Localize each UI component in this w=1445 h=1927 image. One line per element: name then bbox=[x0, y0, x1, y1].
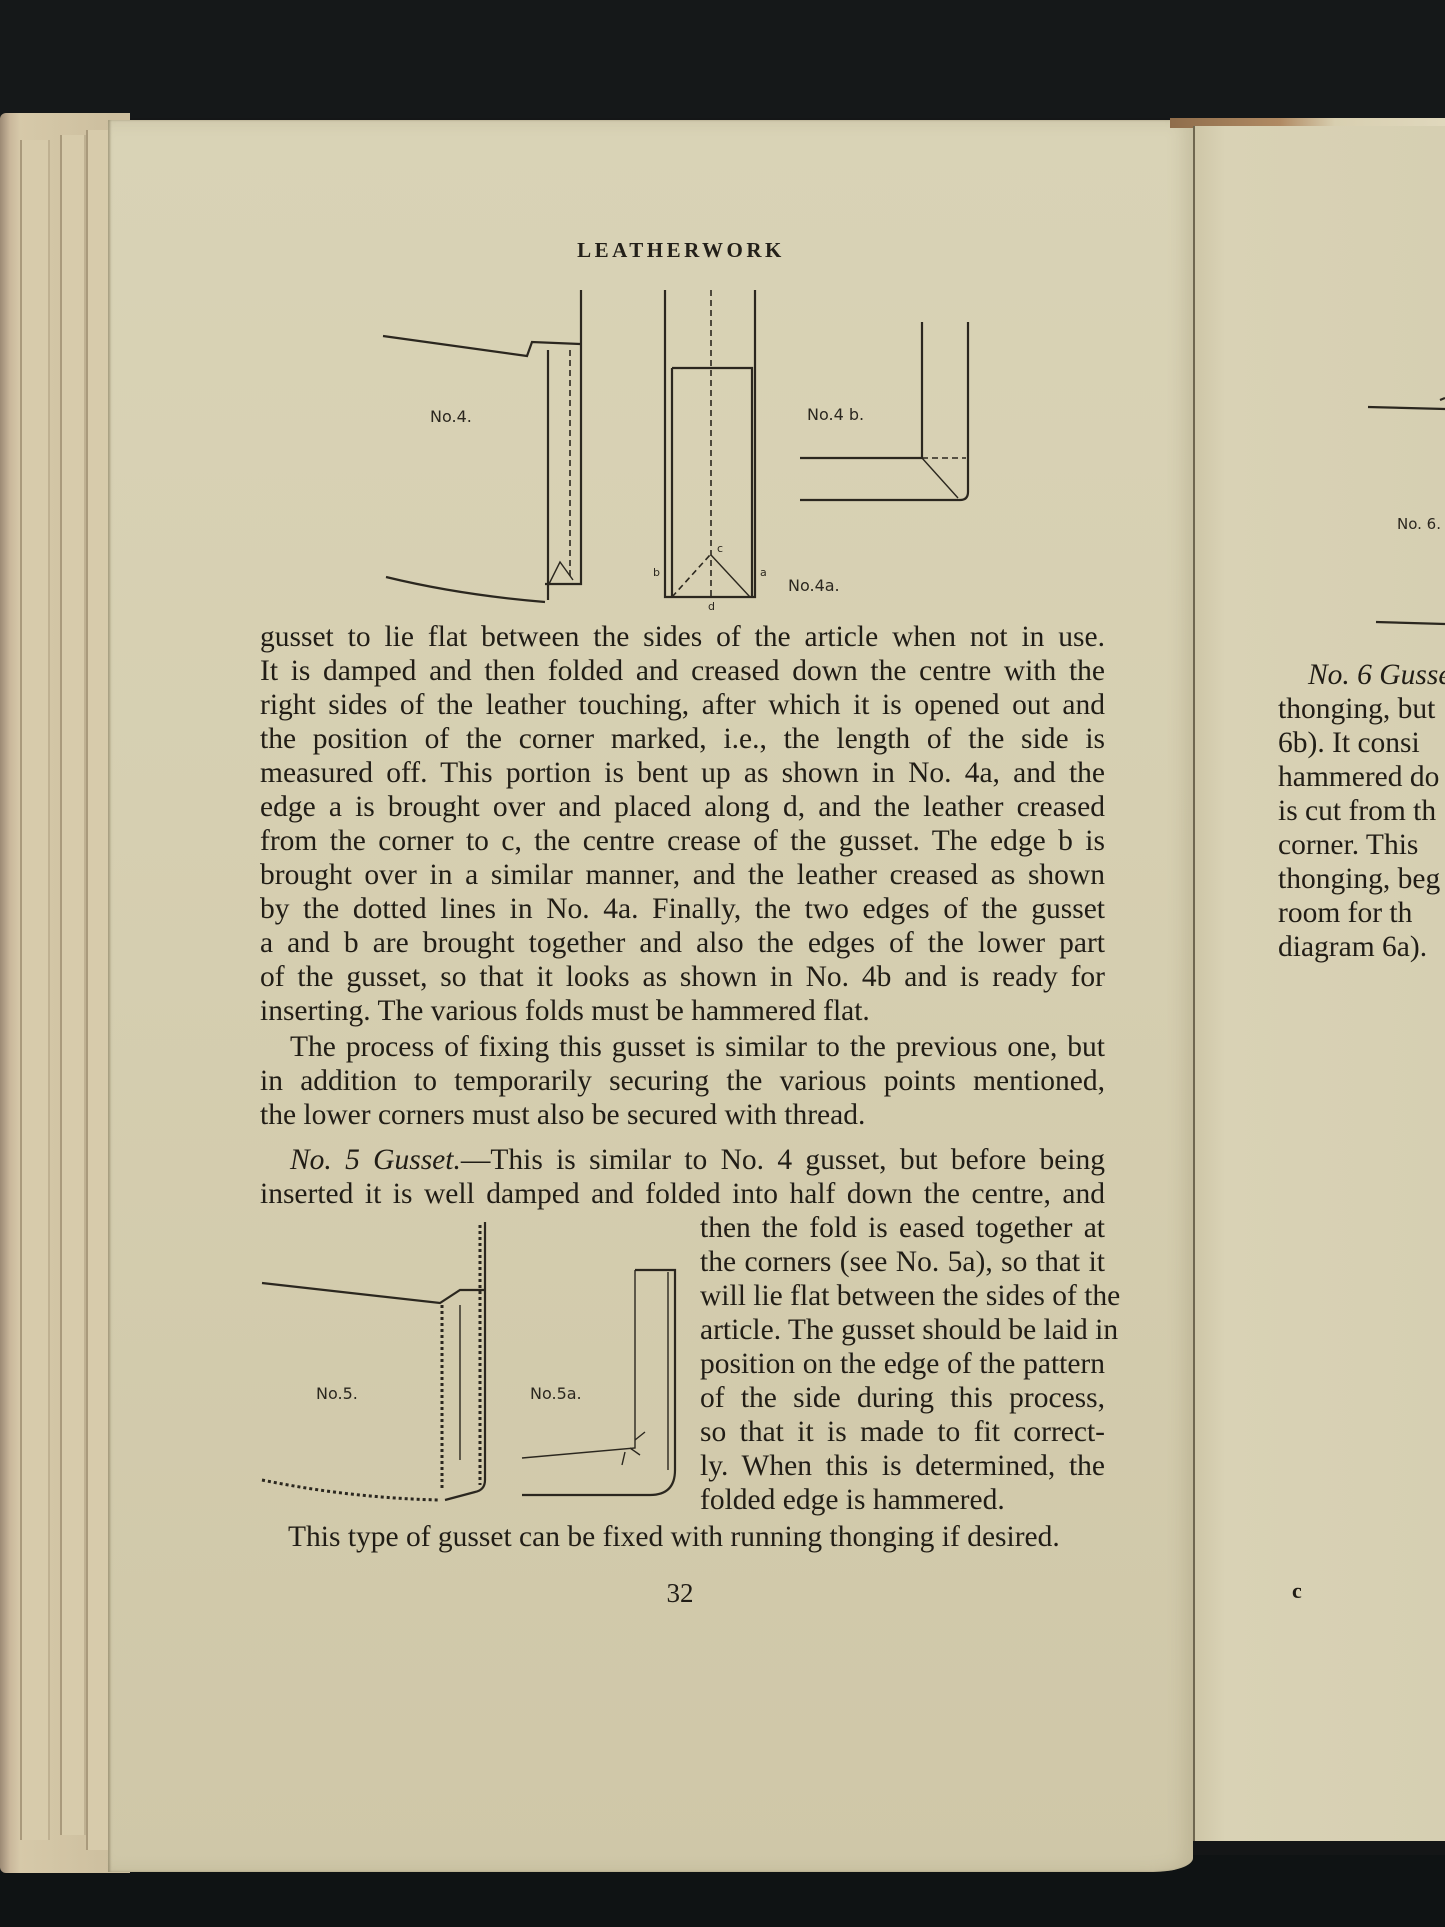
text-line: corner. This bbox=[1278, 828, 1445, 862]
figure-no6-drawing bbox=[0, 0, 1445, 1927]
text-line: 6b). It consi bbox=[1278, 726, 1445, 760]
figure-label-no6: No. 6. bbox=[1397, 515, 1441, 533]
text-line: room for th bbox=[1278, 896, 1445, 930]
text-line: thonging, beg bbox=[1278, 862, 1445, 896]
signature-mark: c bbox=[1292, 1578, 1302, 1604]
text-line: diagram 6a). bbox=[1278, 930, 1445, 964]
text-line: thonging, but bbox=[1278, 692, 1445, 726]
text-line: No. 6 Gusse bbox=[1278, 658, 1445, 692]
right-page-text: No. 6 Gusse thonging, but 6b). It consi … bbox=[1278, 658, 1445, 964]
text-line: is cut from th bbox=[1278, 794, 1445, 828]
text-line: hammered do bbox=[1278, 760, 1445, 794]
